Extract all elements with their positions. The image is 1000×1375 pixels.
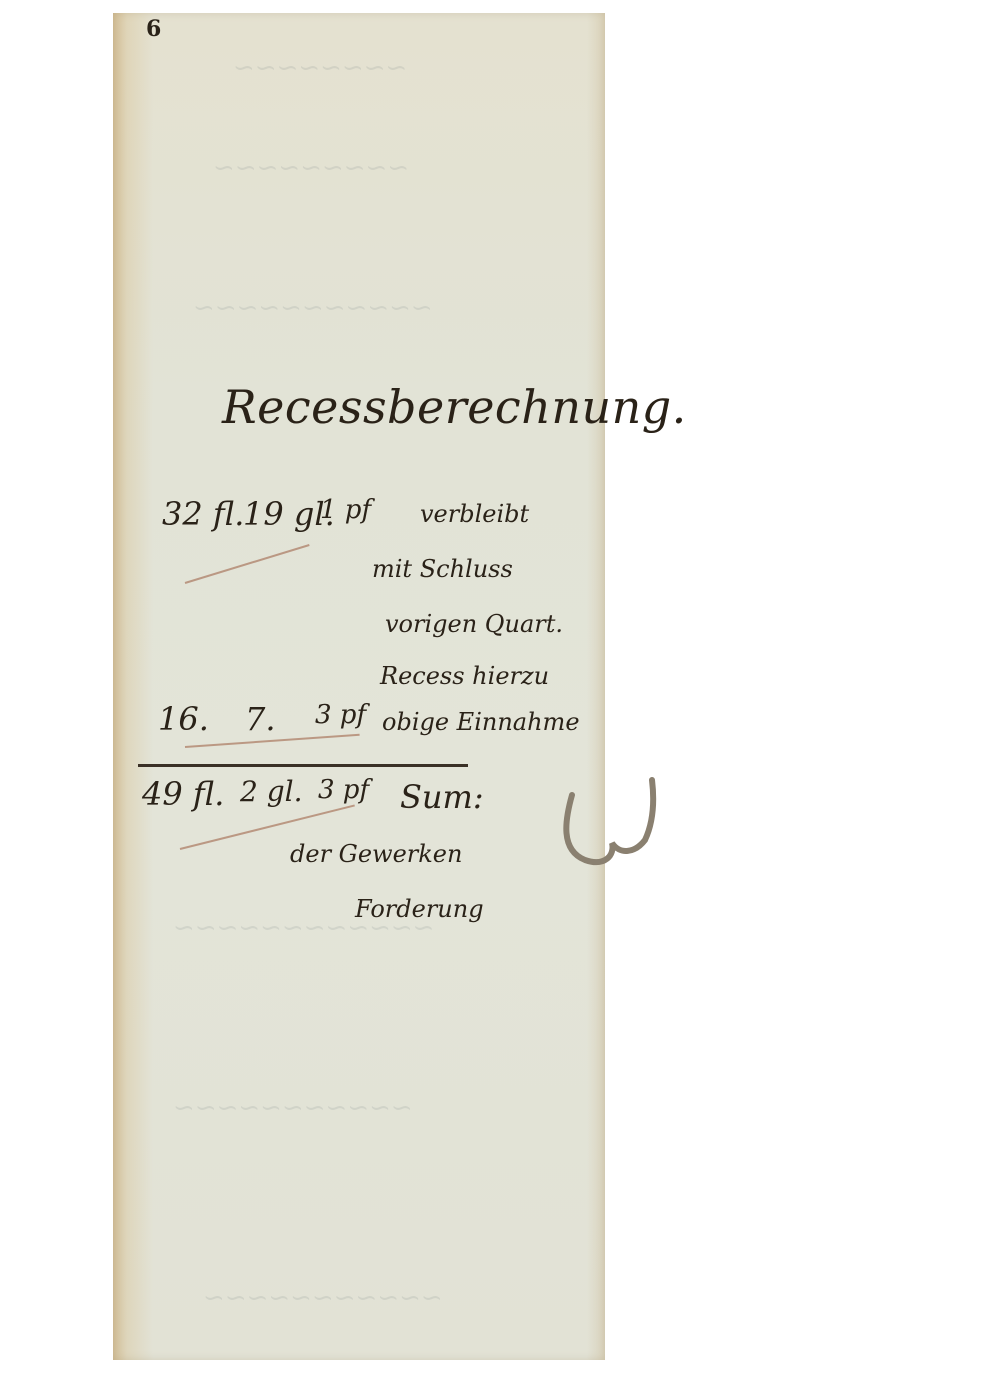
entry-text: verbleibt <box>420 500 529 528</box>
entry-text: vorigen Quart. <box>385 610 563 638</box>
entry-text: Forderung <box>355 895 484 923</box>
amount-fl: 16. <box>158 700 209 738</box>
entry-text: obige Einnahme <box>382 708 580 736</box>
folio-number: 6 <box>146 16 161 42</box>
amount-pf: 3 pf <box>315 700 366 730</box>
bleed-through-text: ~~~~~~~~~~~ <box>203 1283 443 1313</box>
sum-pf: 3 pf <box>318 775 369 805</box>
binding-string <box>560 775 670 885</box>
bleed-through-text: ~~~~~~~~ <box>233 53 407 83</box>
amount-fl: 32 fl. <box>162 495 244 533</box>
sum-rule <box>138 764 468 767</box>
sum-label: Sum: <box>400 778 484 816</box>
sum-gr: 2 gl. <box>240 775 303 808</box>
amount-pf: 1 pf <box>320 495 371 525</box>
bleed-through-text: ~~~~~~~~~~~ <box>173 1093 413 1123</box>
sum-fl: 49 fl. <box>142 775 224 813</box>
entry-text: mit Schluss <box>372 555 513 583</box>
entry-text: Recess hierzu <box>380 662 549 690</box>
amount-gr: 7. <box>245 700 276 738</box>
document-title: Recessberechnung. <box>222 380 687 434</box>
bleed-through-text: ~~~~~~~~~ <box>213 153 409 183</box>
bleed-through-text: ~~~~~~~~~~~ <box>193 293 433 323</box>
entry-text: der Gewerken <box>290 840 462 868</box>
